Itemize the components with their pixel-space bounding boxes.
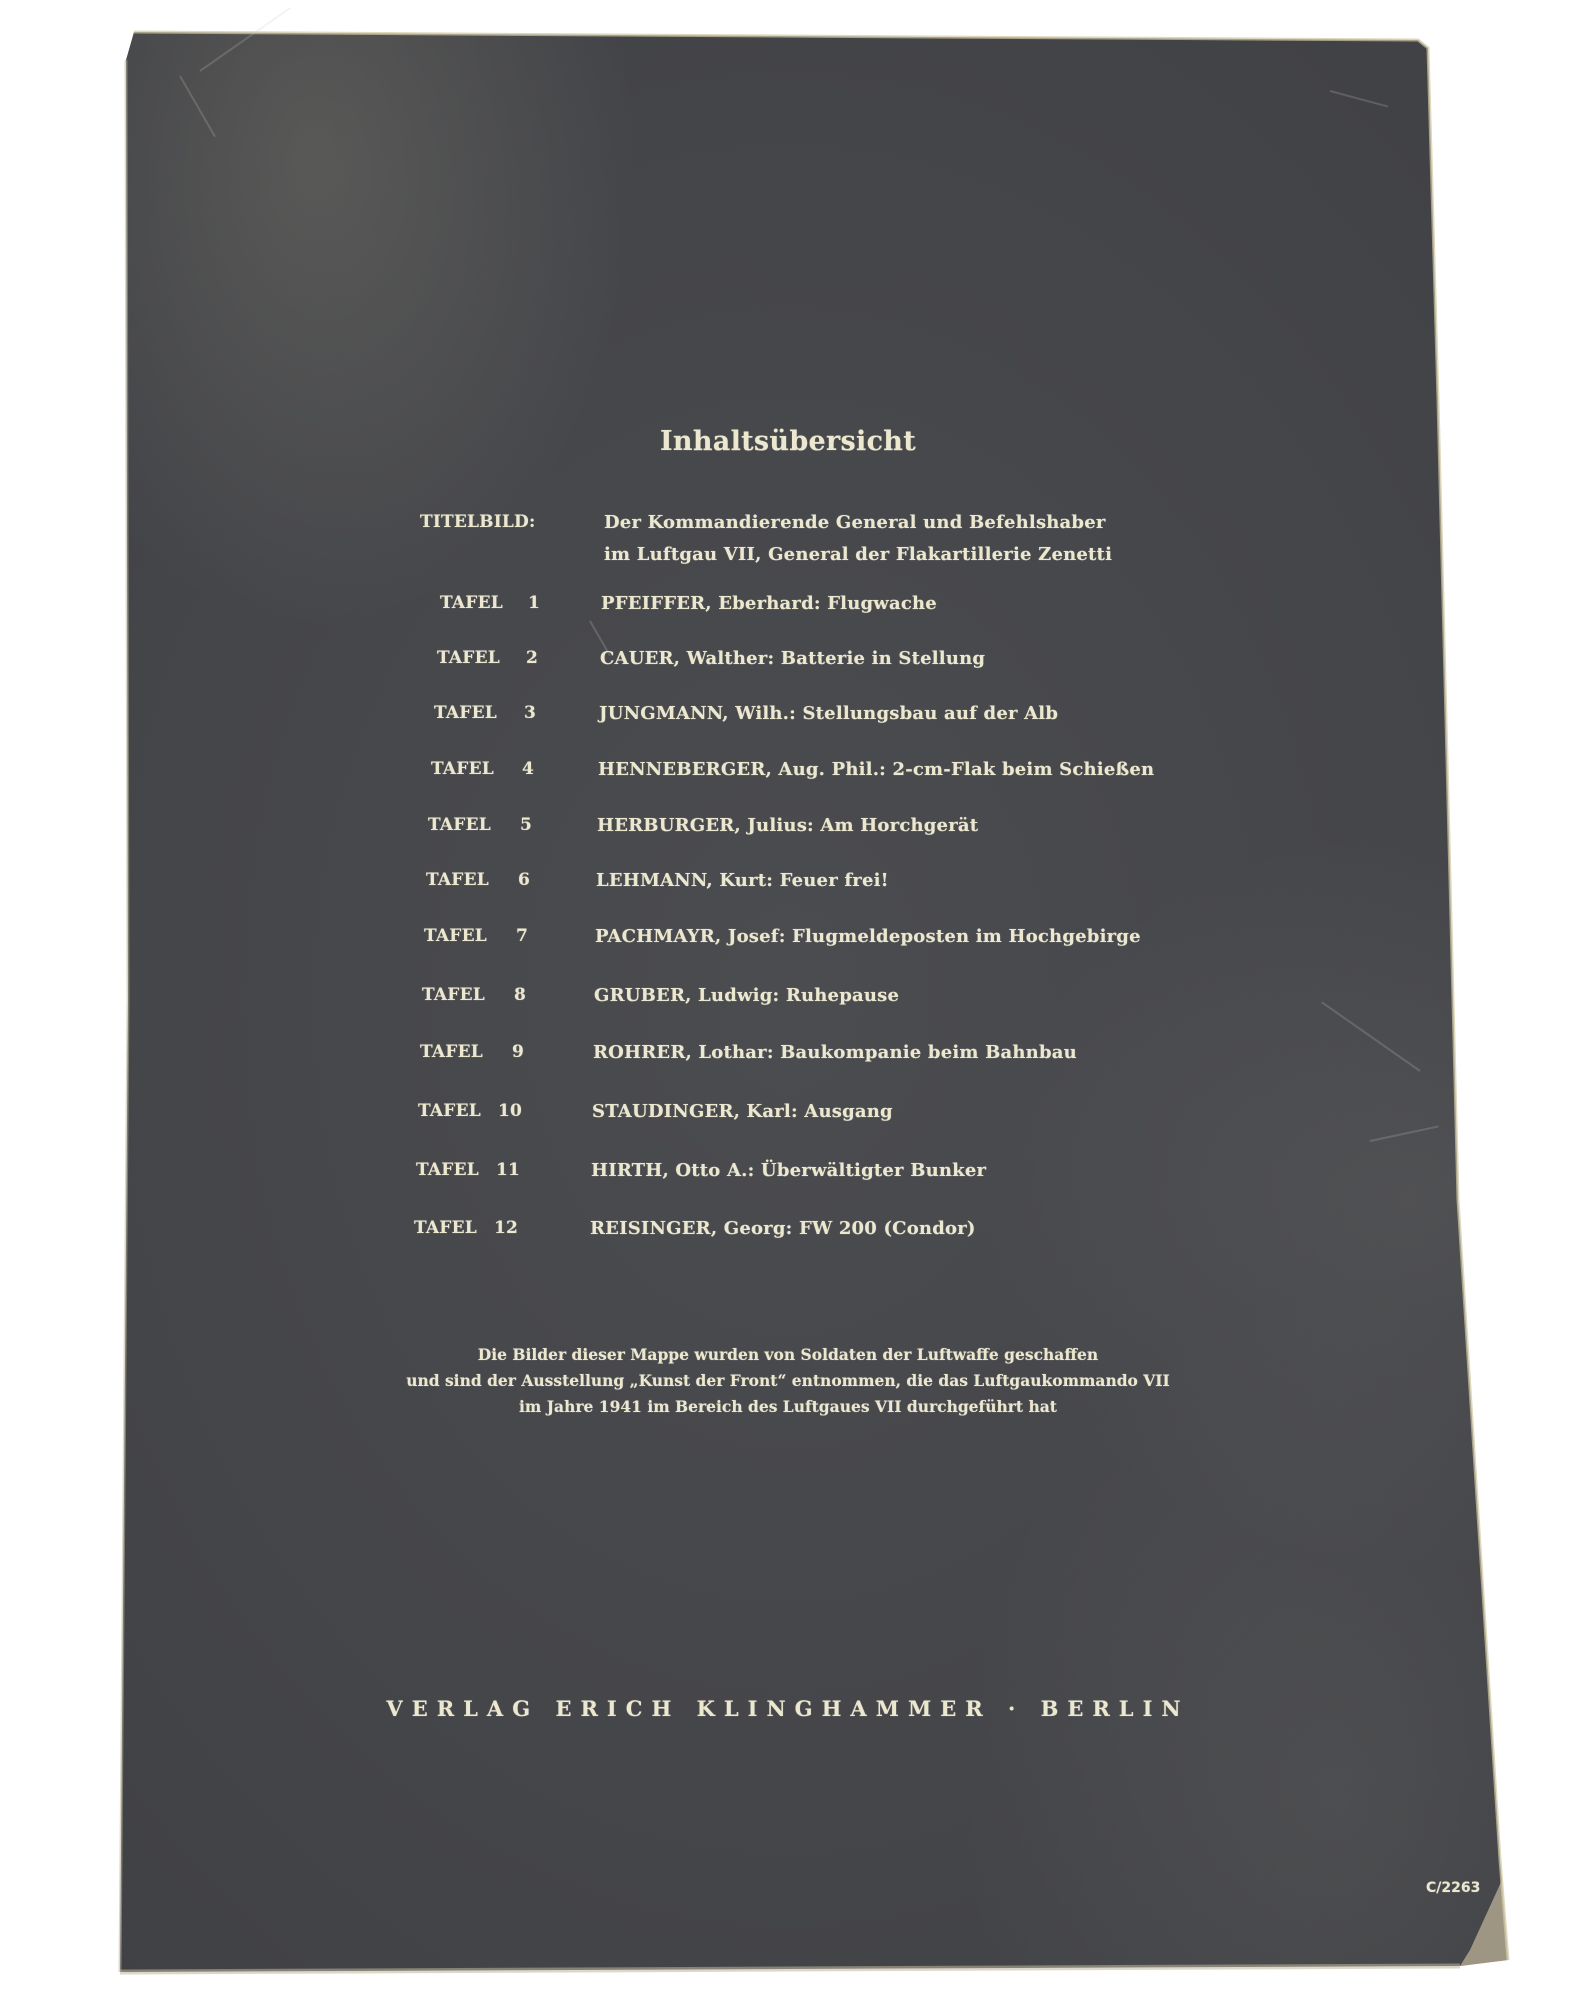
plate-entry: JUNGMANN, Wilh.: Stellungsbau auf der Al… — [599, 703, 1058, 724]
plate-entry: LEHMANN, Kurt: Feuer frei! — [596, 870, 889, 891]
plate-label-word: TAFEL — [424, 926, 487, 946]
portfolio-note: Die Bilder dieser Mappe wurden von Solda… — [0, 1342, 1576, 1420]
frontispiece-label: TITELBILD: — [420, 512, 535, 532]
plate-entry: HERBURGER, Julius: Am Horchgerät — [597, 815, 978, 836]
plate-number: 3 — [506, 703, 536, 723]
plate-entry: CAUER, Walther: Batterie in Stellung — [600, 648, 985, 669]
plate-label: TAFEL — [424, 926, 487, 946]
plate-number: 12 — [488, 1218, 518, 1238]
plate-number: 4 — [504, 759, 534, 779]
plate-label-word: TAFEL — [416, 1160, 479, 1180]
plate-label-word: TAFEL — [420, 1042, 483, 1062]
plate-number: 5 — [502, 815, 532, 835]
plate-label: TAFEL — [414, 1218, 477, 1238]
plate-label: TAFEL — [440, 593, 503, 613]
note-line: im Jahre 1941 im Bereich des Luftgaues V… — [0, 1394, 1576, 1420]
plate-label-word: TAFEL — [440, 593, 503, 613]
plate-label: TAFEL — [416, 1160, 479, 1180]
plate-entry: PFEIFFER, Eberhard: Flugwache — [601, 593, 937, 614]
plate-label-word: TAFEL — [431, 759, 494, 779]
plate-label-word: TAFEL — [414, 1218, 477, 1238]
plate-label-word: TAFEL — [434, 703, 497, 723]
plate-label-word: TAFEL — [437, 648, 500, 668]
plate-number: 9 — [494, 1042, 524, 1062]
plate-label-word: TAFEL — [428, 815, 491, 835]
plate-entry: PACHMAYR, Josef: Flugmeldeposten im Hoch… — [595, 926, 1141, 947]
publisher-imprint: VERLAG ERICH KLINGHAMMER · BERLIN — [0, 1696, 1576, 1721]
plate-number: 7 — [498, 926, 528, 946]
plate-label-word: TAFEL — [426, 870, 489, 890]
plate-entry: HIRTH, Otto A.: Überwältigter Bunker — [591, 1160, 986, 1181]
plate-label: TAFEL — [418, 1101, 481, 1121]
plate-label-word: TAFEL — [418, 1101, 481, 1121]
plate-number: 6 — [500, 870, 530, 890]
plate-number: 8 — [496, 985, 526, 1005]
plate-label: TAFEL — [431, 759, 494, 779]
plate-entry: STAUDINGER, Karl: Ausgang — [592, 1101, 893, 1122]
plate-entry: REISINGER, Georg: FW 200 (Condor) — [590, 1218, 976, 1239]
plate-label: TAFEL — [422, 985, 485, 1005]
plate-entry: ROHRER, Lothar: Baukompanie beim Bahnbau — [593, 1042, 1077, 1063]
plate-label: TAFEL — [434, 703, 497, 723]
plate-number: 10 — [492, 1101, 522, 1121]
plate-number: 1 — [510, 593, 540, 613]
catalog-number: C/2263 — [1426, 1880, 1480, 1896]
plate-label: TAFEL — [437, 648, 500, 668]
plate-label-word: TAFEL — [422, 985, 485, 1005]
plate-number: 11 — [490, 1160, 520, 1180]
plate-label: TAFEL — [420, 1042, 483, 1062]
plate-number: 2 — [508, 648, 538, 668]
plate-entry: HENNEBERGER, Aug. Phil.: 2-cm-Flak beim … — [598, 759, 1154, 780]
plate-label: TAFEL — [426, 870, 489, 890]
note-line: und sind der Ausstellung „Kunst der Fron… — [0, 1368, 1576, 1394]
note-line: Die Bilder dieser Mappe wurden von Solda… — [0, 1342, 1576, 1368]
frontispiece-line: Der Kommandierende General und Befehlsha… — [604, 512, 1106, 533]
plate-label: TAFEL — [428, 815, 491, 835]
frontispiece-line: im Luftgau VII, General der Flakartiller… — [604, 544, 1112, 565]
plate-entry: GRUBER, Ludwig: Ruhepause — [594, 985, 899, 1006]
